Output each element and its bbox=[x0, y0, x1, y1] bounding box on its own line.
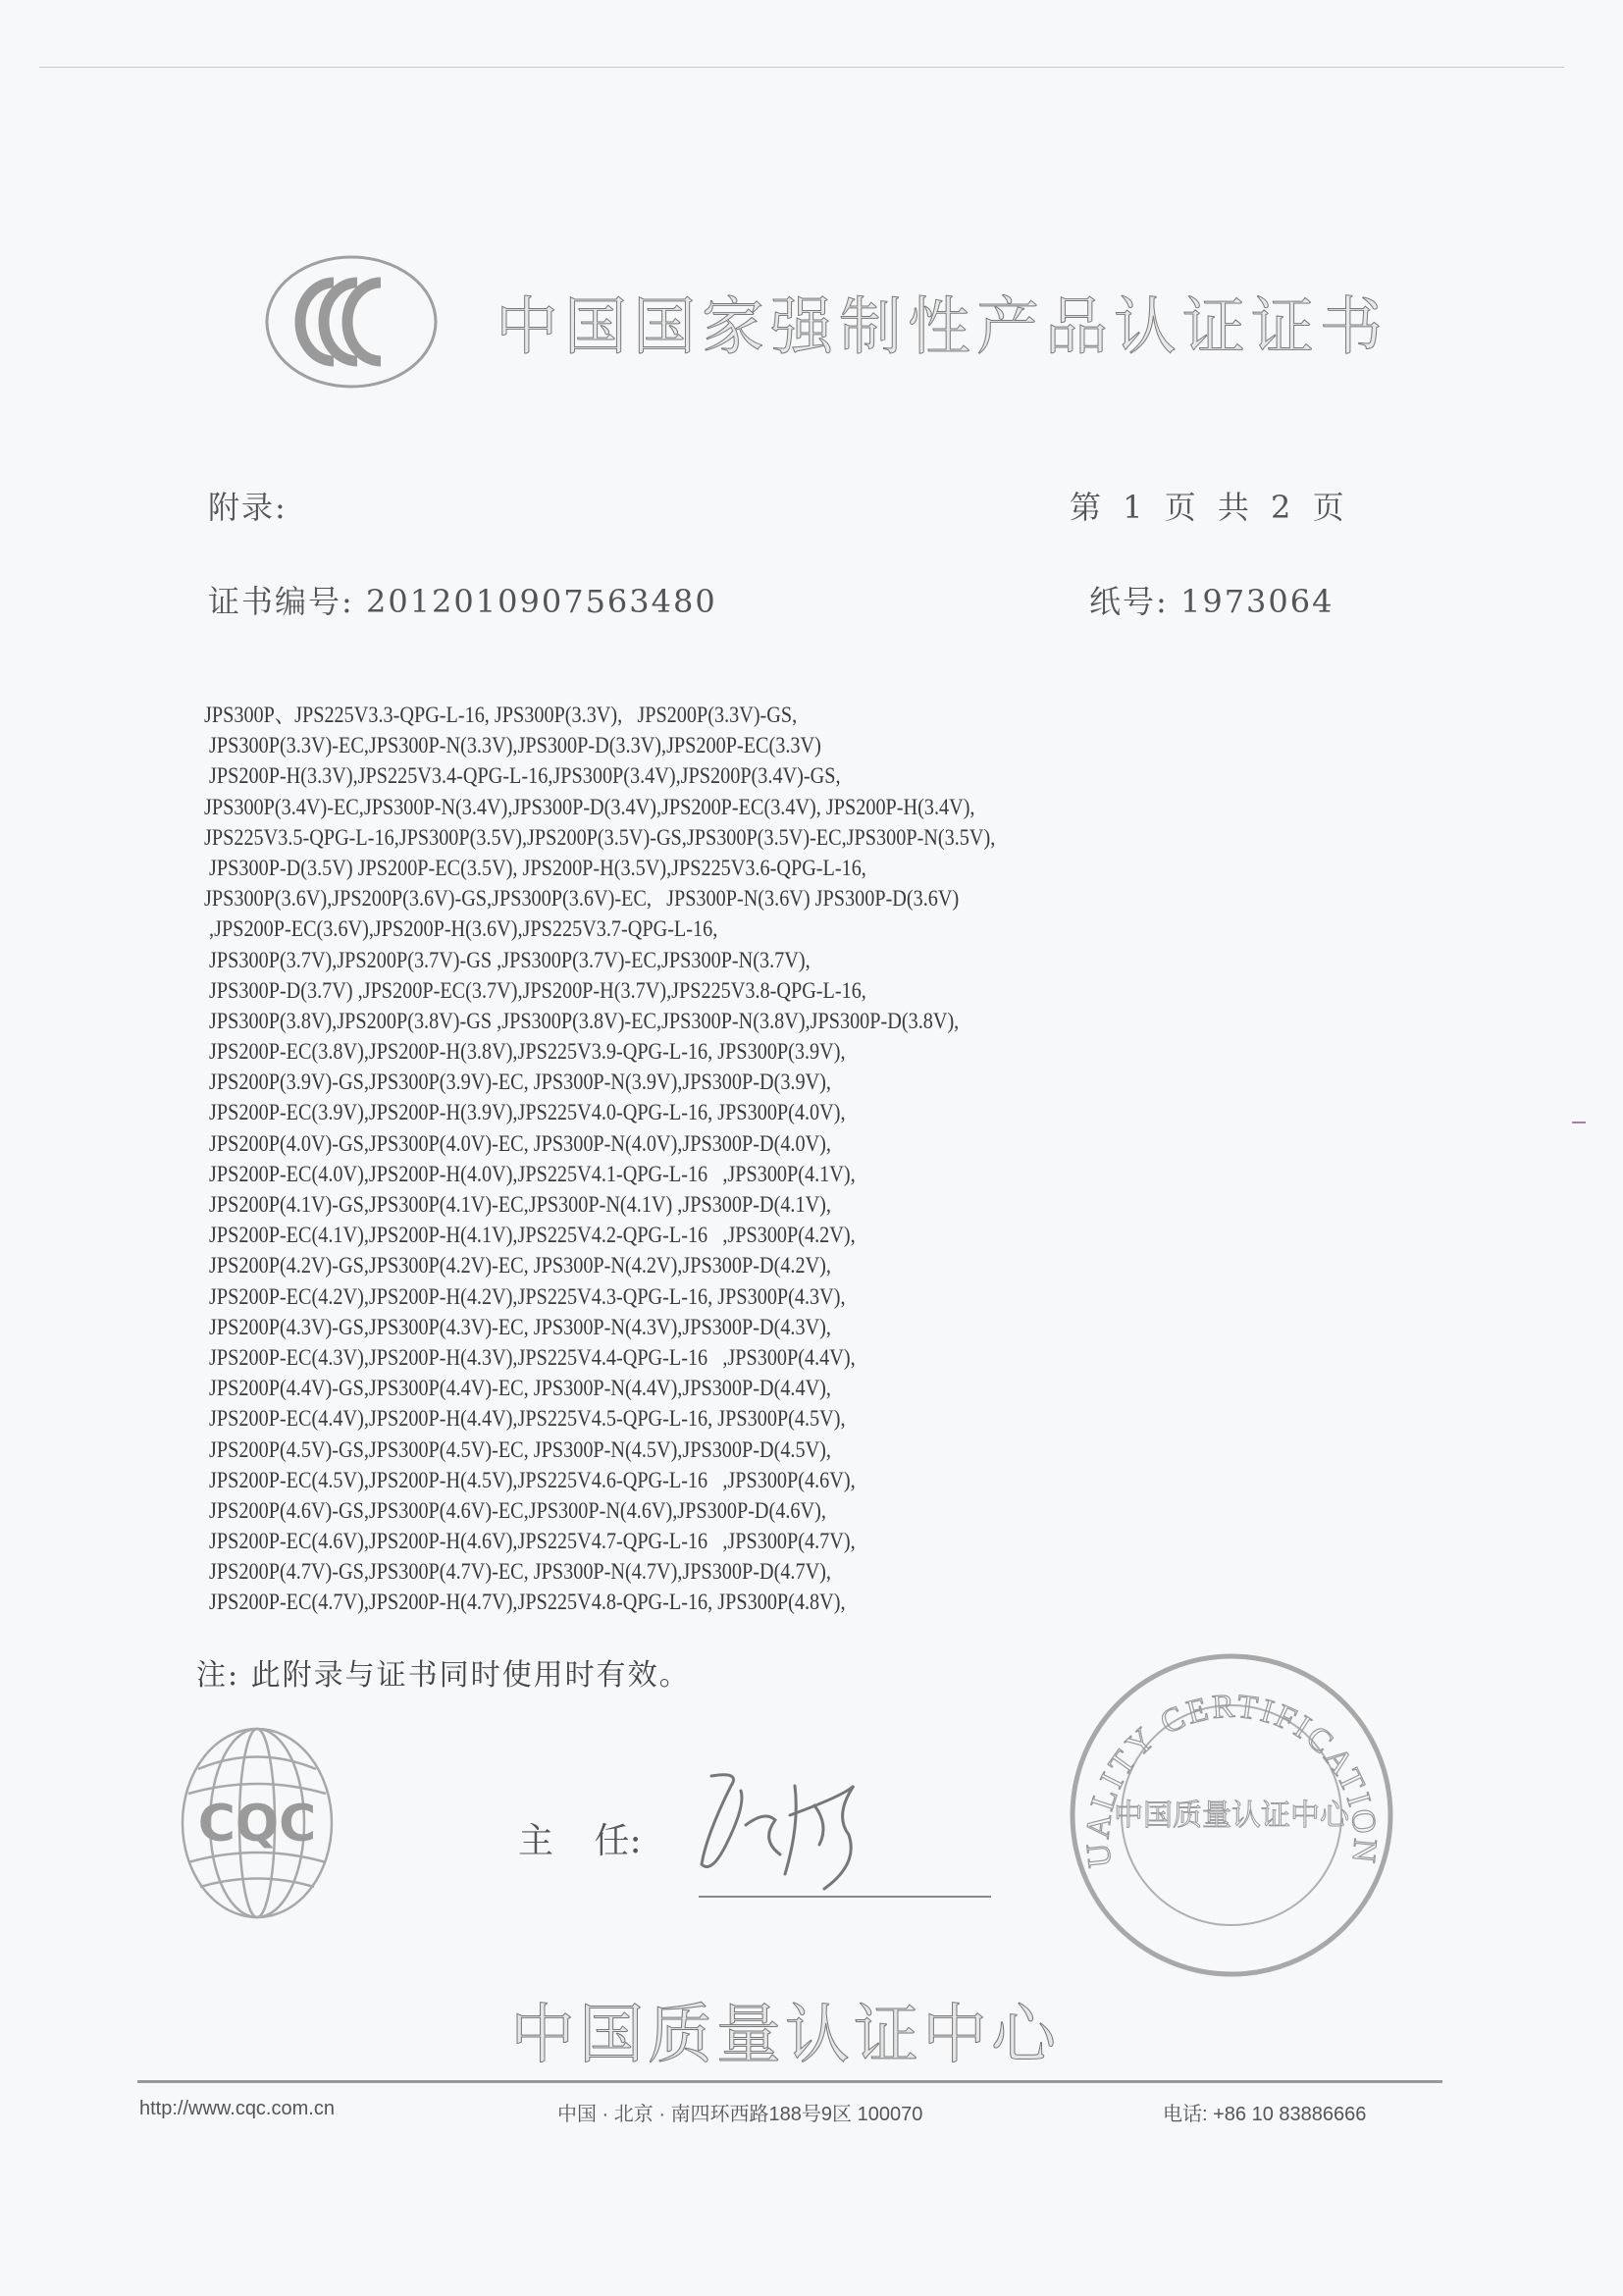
model-list-line: JPS225V3.5-QPG-L-16,JPS300P(3.5V),JPS200… bbox=[204, 823, 1175, 854]
model-list-line: JPS200P-EC(4.3V),JPS200P-H(4.3V),JPS225V… bbox=[204, 1343, 1175, 1374]
svg-text:CHINA QUALITY CERTIFICATION CE: CHINA QUALITY CERTIFICATION CENTRE bbox=[1065, 1648, 1384, 1883]
model-list-line: JPS200P-EC(4.4V),JPS200P-H(4.4V),JPS225V… bbox=[204, 1404, 1175, 1435]
certificate-number: 证书编号: 2012010907563480 bbox=[208, 577, 717, 622]
model-list-line: JPS300P-D(3.5V) JPS200P-EC(3.5V), JPS200… bbox=[204, 854, 1175, 884]
model-list-line: JPS200P(4.1V)-GS,JPS300P(4.1V)-EC,JPS300… bbox=[204, 1190, 1175, 1221]
model-list-line: JPS200P-EC(4.7V),JPS200P-H(4.7V),JPS225V… bbox=[204, 1588, 1175, 1618]
model-list-line: JPS200P(4.4V)-GS,JPS300P(4.4V)-EC, JPS30… bbox=[204, 1374, 1175, 1404]
model-list-line: JPS200P-EC(3.9V),JPS200P-H(3.9V),JPS225V… bbox=[204, 1098, 1175, 1128]
appendix-label: 附录: bbox=[208, 483, 288, 528]
svg-text:中国质量认证中心: 中国质量认证中心 bbox=[1114, 1799, 1350, 1833]
footer-rule bbox=[137, 2080, 1442, 2083]
model-list-line: JPS300P(3.8V),JPS200P(3.8V)-GS ,JPS300P(… bbox=[204, 1007, 1175, 1037]
top-rule bbox=[39, 67, 1564, 68]
model-list: JPS300P、JPS225V3.3-QPG-L-16, JPS300P(3.3… bbox=[204, 701, 1175, 1619]
model-list-line: JPS200P-EC(4.2V),JPS200P-H(4.2V),JPS225V… bbox=[204, 1282, 1175, 1313]
certification-seal-icon: CHINA QUALITY CERTIFICATION CENTRE 中国质量认… bbox=[1065, 1648, 1398, 1982]
model-list-line: JPS200P(4.3V)-GS,JPS300P(4.3V)-EC, JPS30… bbox=[204, 1313, 1175, 1343]
certificate-number-label: 证书编号: bbox=[208, 583, 354, 620]
footer-phone: 电话: +86 10 83886666 bbox=[1163, 2098, 1366, 2126]
footer-url-link[interactable]: http://www.cqc.com.cn bbox=[139, 2098, 335, 2120]
model-list-line: JPS200P-EC(3.8V),JPS200P-H(3.8V),JPS225V… bbox=[204, 1037, 1175, 1068]
model-list-line: JPS300P(3.7V),JPS200P(3.7V)-GS ,JPS300P(… bbox=[204, 946, 1175, 976]
model-list-line: JPS200P(3.9V)-GS,JPS300P(3.9V)-EC, JPS30… bbox=[204, 1068, 1175, 1098]
footer-address: 中国 · 北京 · 南四环西路188号9区 100070 bbox=[557, 2098, 922, 2126]
model-list-line: JPS200P(4.7V)-GS,JPS300P(4.7V)-EC, JPS30… bbox=[204, 1557, 1175, 1588]
certificate-title: 中国国家强制性产品认证证书 bbox=[496, 277, 1388, 367]
model-list-line: ,JPS200P-EC(3.6V),JPS200P-H(3.6V),JPS225… bbox=[204, 914, 1175, 945]
svg-text:CQC: CQC bbox=[198, 1795, 317, 1853]
paper-number-label: 纸号: bbox=[1089, 583, 1169, 620]
model-list-line: JPS300P-D(3.7V) ,JPS200P-EC(3.7V),JPS200… bbox=[204, 976, 1175, 1007]
model-list-line: JPS300P、JPS225V3.3-QPG-L-16, JPS300P(3.3… bbox=[204, 701, 1175, 731]
cqc-logo-icon: CQC bbox=[179, 1725, 336, 1921]
edge-mark bbox=[1572, 1122, 1586, 1123]
paper-number: 纸号: 1973064 bbox=[1089, 577, 1334, 622]
signature-line bbox=[699, 1896, 991, 1898]
model-list-line: JPS200P-H(3.3V),JPS225V3.4-QPG-L-16,JPS3… bbox=[204, 761, 1175, 792]
director-signature bbox=[687, 1756, 981, 1894]
model-list-line: JPS200P-EC(4.0V),JPS200P-H(4.0V),JPS225V… bbox=[204, 1160, 1175, 1190]
paper-number-value: 1973064 bbox=[1180, 583, 1335, 620]
organization-name: 中国质量认证中心 bbox=[510, 1982, 1060, 2075]
ccc-logo-icon bbox=[263, 253, 440, 391]
model-list-line: JPS200P-EC(4.5V),JPS200P-H(4.5V),JPS225V… bbox=[204, 1466, 1175, 1496]
validity-note: 注: 此附录与证书同时使用时有效。 bbox=[196, 1650, 691, 1694]
model-list-line: JPS200P-EC(4.6V),JPS200P-H(4.6V),JPS225V… bbox=[204, 1527, 1175, 1557]
model-list-line: JPS200P(4.0V)-GS,JPS300P(4.0V)-EC, JPS30… bbox=[204, 1129, 1175, 1160]
model-list-line: JPS200P(4.5V)-GS,JPS300P(4.5V)-EC, JPS30… bbox=[204, 1435, 1175, 1466]
model-list-line: JPS200P(4.6V)-GS,JPS300P(4.6V)-EC,JPS300… bbox=[204, 1496, 1175, 1527]
model-list-line: JPS300P(3.4V)-EC,JPS300P-N(3.4V),JPS300P… bbox=[204, 793, 1175, 823]
model-list-line: JPS200P-EC(4.1V),JPS200P-H(4.1V),JPS225V… bbox=[204, 1221, 1175, 1251]
director-label: 主 任: bbox=[518, 1813, 642, 1863]
model-list-line: JPS200P(4.2V)-GS,JPS300P(4.2V)-EC, JPS30… bbox=[204, 1251, 1175, 1281]
page-indicator: 第 1 页 共 2 页 bbox=[1070, 483, 1346, 528]
model-list-line: JPS300P(3.6V),JPS200P(3.6V)-GS,JPS300P(3… bbox=[204, 884, 1175, 914]
certificate-number-value: 2012010907563480 bbox=[366, 583, 717, 620]
model-list-line: JPS300P(3.3V)-EC,JPS300P-N(3.3V),JPS300P… bbox=[204, 731, 1175, 761]
